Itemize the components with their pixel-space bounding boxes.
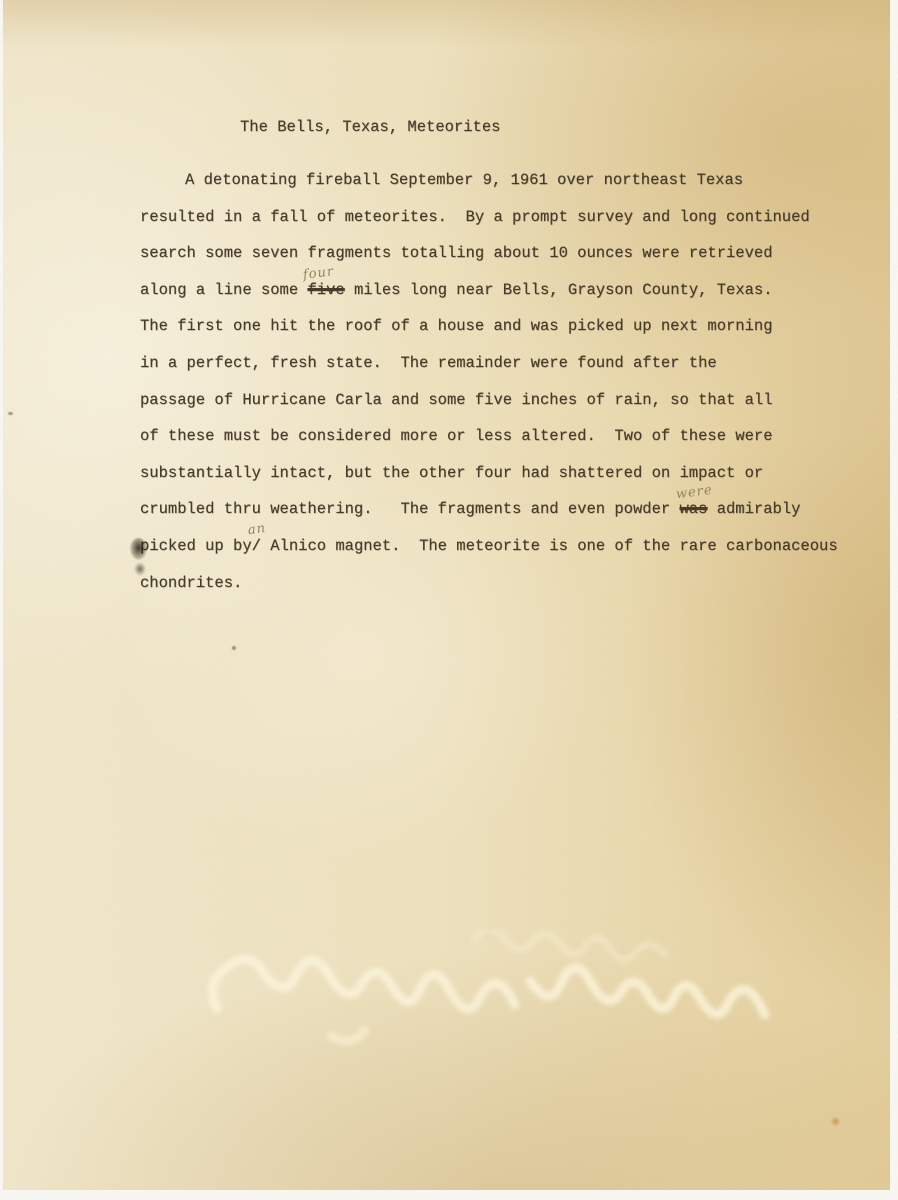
typed-text: admirably	[707, 500, 800, 518]
typed-line: search some seven fragments totalling ab…	[140, 243, 840, 280]
typed-text: passage of Hurricane Carla and some five…	[140, 391, 773, 409]
document-scan: The Bells, Texas, Meteorites A detonatin…	[0, 0, 898, 1200]
typed-line: resulted in a fall of meteorites. By a p…	[140, 207, 840, 244]
typed-text: substantially intact, but the other four…	[140, 464, 763, 482]
typed-text: of these must be considered more or less…	[140, 427, 773, 445]
typed-text: in a perfect, fresh state. The remainder…	[140, 354, 717, 372]
typed-text: Alnico magnet. The meteorite is one of t…	[261, 537, 838, 555]
correction-anchor: werewas	[680, 499, 708, 519]
ink-blot	[130, 538, 147, 560]
typed-text: chondrites.	[140, 574, 242, 592]
typed-line: crumbled thru weathering. The fragments …	[140, 499, 840, 536]
typed-line: in a perfect, fresh state. The remainder…	[140, 353, 840, 390]
typed-line: A detonating fireball September 9, 1961 …	[140, 170, 840, 207]
typed-line: chondrites.	[140, 573, 840, 610]
typed-text: crumbled thru weathering. The fragments …	[140, 500, 680, 518]
ink-smudge	[134, 562, 146, 576]
typed-text: search some seven fragments totalling ab…	[140, 244, 773, 262]
paper-speck	[8, 412, 13, 415]
correction-anchor: an/	[252, 536, 261, 556]
typed-line: picked up byan/ Alnico magnet. The meteo…	[140, 536, 840, 573]
typed-text: picked up by	[140, 537, 252, 555]
typed-text: A detonating fireball September 9, 1961 …	[185, 171, 743, 189]
typed-text: miles long near Bells, Grayson County, T…	[345, 281, 773, 299]
typed-body: A detonating fireball September 9, 1961 …	[140, 170, 840, 609]
typed-text: along a line some	[140, 281, 307, 299]
document-title: The Bells, Texas, Meteorites	[240, 118, 500, 136]
typed-line: substantially intact, but the other four…	[140, 463, 840, 500]
typed-text: resulted in a fall of meteorites. By a p…	[140, 208, 810, 226]
typed-line: along a line some fourfive miles long ne…	[140, 280, 840, 317]
typed-line: of these must be considered more or less…	[140, 426, 840, 463]
typed-line: The first one hit the roof of a house an…	[140, 316, 840, 353]
correction-anchor: fourfive	[307, 280, 344, 300]
handwritten-correction: an	[246, 519, 266, 541]
paper-speck	[232, 646, 236, 650]
stain-spot	[831, 1116, 840, 1127]
handwritten-correction: four	[302, 262, 335, 286]
typed-line: passage of Hurricane Carla and some five…	[140, 390, 840, 427]
typed-text: The first one hit the roof of a house an…	[140, 317, 773, 335]
